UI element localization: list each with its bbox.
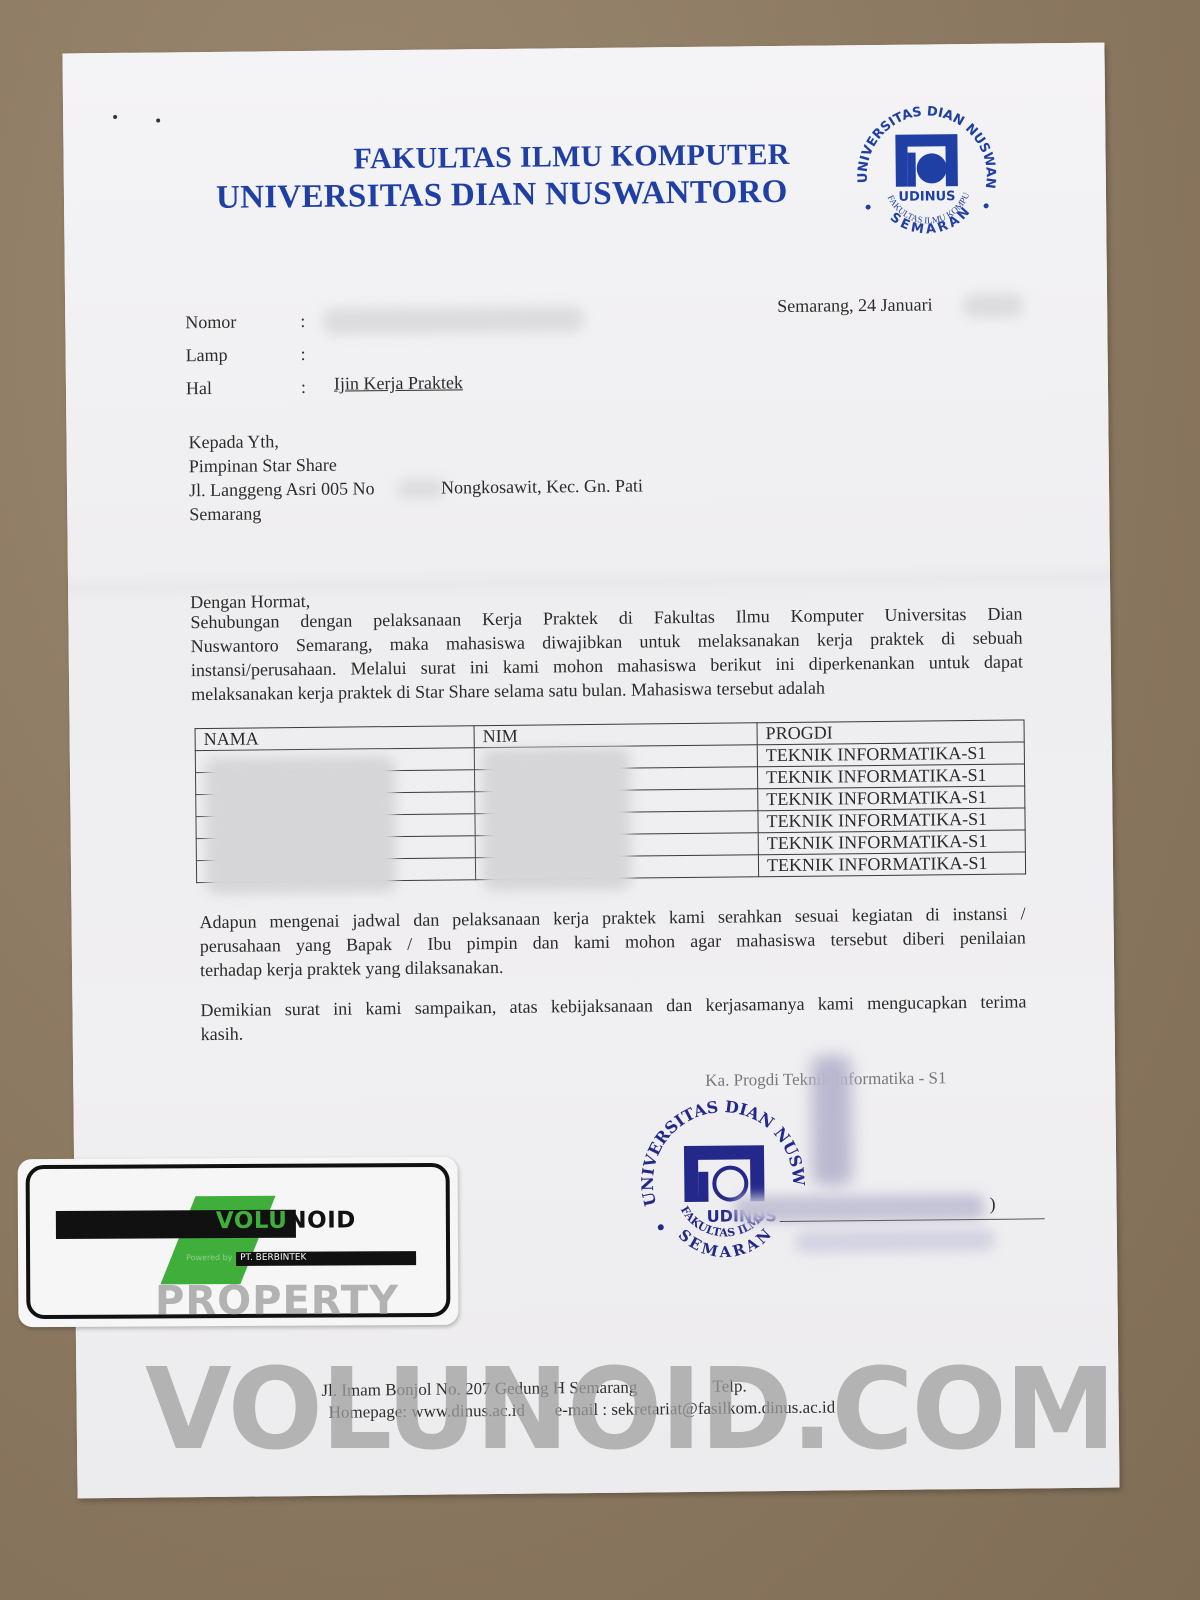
sticker-brand: VOLUNOID <box>216 1207 356 1234</box>
paragraph-schedule: Adapun mengenai jadwal dan pelaksanaan k… <box>199 901 1026 982</box>
hal-colon: : <box>301 377 306 398</box>
hal-label: Hal <box>186 378 212 399</box>
recipient-name: Pimpinan Star Share <box>189 455 337 478</box>
lamp-label: Lamp <box>186 345 228 366</box>
hal-subject: Ijin Kerja Praktek <box>334 372 463 394</box>
udinus-logo-icon: UNIVERSITAS DIAN NUSWANTORO SEMARANG FAK… <box>845 94 1007 256</box>
close-paren: ) <box>989 1194 995 1215</box>
watermark-site: VOLUNOID.COM <box>145 1345 1114 1475</box>
redacted-nidn <box>795 1229 995 1253</box>
nomor-label: Nomor <box>185 312 236 334</box>
speck <box>113 115 117 119</box>
header-nim: NIM <box>474 723 757 748</box>
watermark-property: PROPERTY <box>155 1278 399 1324</box>
paragraph-intro: Sehubungan dengan pelaksanaan Kerja Prak… <box>190 601 1023 706</box>
recipient-district: Nongkosawit, Kec. Gn. Pati <box>441 475 643 498</box>
recipient-street: Jl. Langgeng Asri 005 No <box>189 478 375 501</box>
sticker-company: PT. BERBINTEK <box>240 1253 306 1263</box>
redacted-nomor <box>323 306 583 335</box>
paragraph-closing: Demikian surat ini kami sampaikan, atas … <box>200 989 1026 1046</box>
svg-text:UDINUS: UDINUS <box>898 189 955 205</box>
redacted-nim <box>482 748 631 892</box>
redacted-year <box>963 293 1023 318</box>
faculty-heading: FAKULTAS ILMU KOMPUTER <box>353 138 789 177</box>
redacted-house-number <box>397 480 445 499</box>
redacted-signature <box>811 1055 852 1185</box>
university-heading: UNIVERSITAS DIAN NUSWANTORO <box>216 174 788 217</box>
faculty-stamp-icon: UNIVERSITAS DIAN NUSWANTORO SEMARANG FAK… <box>633 1091 815 1273</box>
recipient-city: Semarang <box>189 503 261 525</box>
lamp-colon: : <box>301 344 306 365</box>
header-progdi: PROGDI <box>757 720 1024 745</box>
speck <box>156 118 160 122</box>
redacted-signatory-name <box>734 1194 984 1223</box>
header-nama: NAMA <box>195 726 474 751</box>
sticker-powered-by: Powered by <box>186 1253 232 1262</box>
recipient-salutation: Kepada Yth, <box>188 431 279 453</box>
place-date: Semarang, 24 Januari <box>777 294 933 317</box>
nomor-colon: : <box>300 311 305 332</box>
redacted-names <box>205 756 396 894</box>
